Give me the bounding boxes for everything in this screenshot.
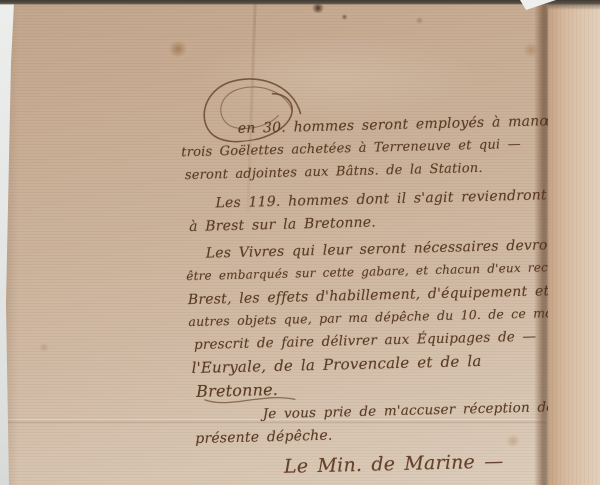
manuscript-line: à Brest sur la Bretonne. xyxy=(189,214,376,235)
manuscript-line: Les Vivres qui leur seront nécessaires d… xyxy=(206,237,563,262)
manuscript-line: Les 119. hommes dont il s'agit reviendro… xyxy=(215,187,547,211)
facing-page-edge xyxy=(548,0,600,485)
handwritten-text-block: en 30. hommes seront employés à manœuvre… xyxy=(0,0,600,485)
manuscript-line: prescrit de faire délivrer aux Équipages… xyxy=(194,329,537,353)
manuscript-line: Je vous prie de m'accuser réception de l… xyxy=(263,399,575,423)
manuscript-line: Brest, les effets d'habillement, d'équip… xyxy=(188,283,550,308)
manuscript-line: présente dépêche. xyxy=(195,428,333,447)
manuscript-signature-line-partial: Le Min. de Marine — xyxy=(284,450,504,477)
manuscript-line: l'Euryale, de la Provencale et de la xyxy=(191,352,481,377)
manuscript-line: être embarqués sur cette gabare, et chac… xyxy=(186,259,590,283)
backdrop-top-notch xyxy=(520,0,556,10)
manuscript-line: seront adjointes aux Bâtns. de la Statio… xyxy=(185,161,483,183)
page-top-edge-shadow xyxy=(0,0,600,5)
manuscript-photo: en 30. hommes seront employés à manœuvre… xyxy=(0,0,600,485)
